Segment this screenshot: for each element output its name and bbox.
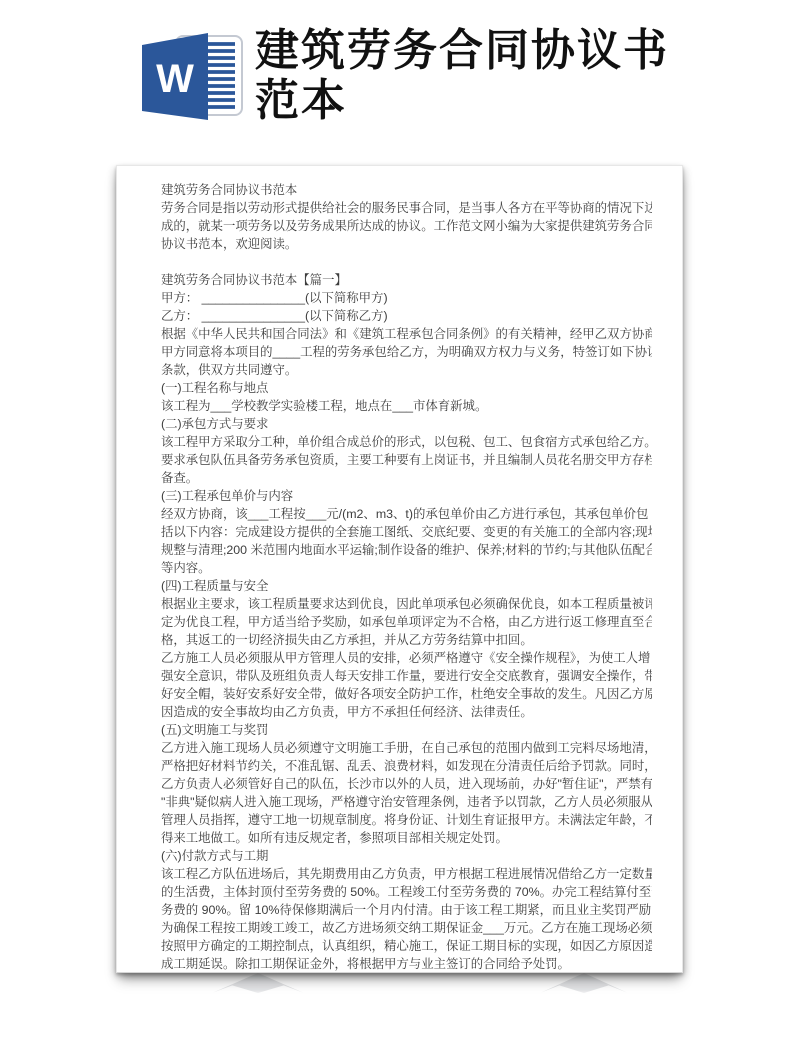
document-text: 建筑劳务合同协议书范本劳务合同是指以劳动形式提供给社会的服务民事合同，是当事人各… bbox=[161, 181, 652, 973]
text-line bbox=[161, 253, 652, 271]
text-line: 乙方负责人必须管好自己的队伍，长沙市以外的人员，进入现场前，办好"暂住证"，严禁… bbox=[161, 775, 652, 793]
text-line: 成的，就某一项劳务以及劳务成果所达成的协议。工作范文网小编为大家提供建筑劳务合同 bbox=[161, 217, 652, 235]
text-line: "非典"疑似病人进入施工现场，严格遵守治安管理条例，违者予以罚款，乙方人员必须服… bbox=[161, 793, 652, 811]
watermark-smudge-left bbox=[212, 973, 304, 993]
text-line: 经双方协商，该___工程按___元/(m2、m3、t)的承包单价由乙方进行承包，… bbox=[161, 505, 652, 523]
text-line: (六)付款方式与工期 bbox=[161, 847, 652, 865]
text-line: 得来工地做工。如所有违反规定者，参照项目部相关规定处罚。 bbox=[161, 829, 652, 847]
text-line: 的生活费，主体封顶付至劳务费的 50%。工程竣工付至劳务费的 70%。办完工程结… bbox=[161, 883, 652, 901]
text-line: 格，其返工的一切经济损失由乙方承担，并从乙方劳务结算中扣回。 bbox=[161, 631, 652, 649]
text-line: 严格把好材料节约关，不准乱锯、乱丢、浪费材料，如发现在分清责任后给予罚款。同时， bbox=[161, 757, 652, 775]
watermark-smudge-right bbox=[540, 973, 628, 993]
text-line: 协议书范本，欢迎阅读。 bbox=[161, 235, 652, 253]
text-line: 等内容。 bbox=[161, 559, 652, 577]
text-line: 按照甲方确定的工期控制点，认真组织，精心施工，保证工期目标的实现，如因乙方原因造 bbox=[161, 937, 652, 955]
text-line: 为确保工程按工期竣工竣工，故乙方进场须交纳工期保证金___万元。乙方在施工现场必… bbox=[161, 919, 652, 937]
screenshot-root: W 建筑劳务合同协议书 范本 建筑劳务合同协议书范本劳务合同是指以劳动形式提供给… bbox=[0, 0, 800, 1043]
text-line: 劳务合同是指以劳动形式提供给社会的服务民事合同，是当事人各方在平等协商的情况下达 bbox=[161, 199, 652, 217]
word-letter-w: W bbox=[156, 57, 194, 101]
text-line: 括以下内容：完成建设方提供的全套施工图纸、交底纪要、变更的有关施工的全部内容;现… bbox=[161, 523, 652, 541]
text-line: 好安全帽，装好安系好安全带，做好各项安全防护工作，杜绝安全事故的发生。凡因乙方原 bbox=[161, 685, 652, 703]
word-file-icon: W bbox=[140, 30, 246, 122]
text-line: 乙方施工人员必须服从甲方管理人员的安排，必须严格遵守《安全操作规程》，为使工人增 bbox=[161, 649, 652, 667]
text-line: 甲方： _______________(以下简称甲方) bbox=[161, 289, 652, 307]
text-line: 要求承包队伍具备劳务承包资质，主要工种要有上岗证书，并且编制人员花名册交甲方存档 bbox=[161, 451, 652, 469]
text-line: 条款，供双方共同遵守。 bbox=[161, 361, 652, 379]
text-line: 务费的 90%。留 10%待保修期满后一个月内付清。由于该工程工期紧，而且业主奖… bbox=[161, 901, 652, 919]
text-line: 规整与清理;200 米范围内地面水平运输;制作设备的维护、保养;材料的节约;与其… bbox=[161, 541, 652, 559]
page-title-line-2: 范本 bbox=[255, 76, 669, 126]
text-line: 该工程乙方队伍进场后，其先期费用由乙方负责，甲方根据工程进展情况借给乙方一定数量 bbox=[161, 865, 652, 883]
page-title-line-1: 建筑劳务合同协议书 bbox=[255, 26, 669, 76]
text-line: 甲方同意将本项目的____工程的劳务承包给乙方，为明确双方权力与义务，特签订如下… bbox=[161, 343, 652, 361]
text-line: 因造成的安全事故均由乙方负责，甲方不承担任何经济、法律责任。 bbox=[161, 703, 652, 721]
document-page: 建筑劳务合同协议书范本劳务合同是指以劳动形式提供给社会的服务民事合同，是当事人各… bbox=[116, 165, 683, 973]
text-line: 乙方进入施工现场人员必须遵守文明施工手册，在自己承包的范围内做到工完料尽场地清， bbox=[161, 739, 652, 757]
document-header: W 建筑劳务合同协议书 范本 bbox=[140, 30, 669, 126]
text-line: 根据《中华人民共和国合同法》和《建筑工程承包合同条例》的有关精神，经甲乙双方协商… bbox=[161, 325, 652, 343]
text-line: 建筑劳务合同协议书范本 bbox=[161, 181, 652, 199]
text-line: 备查。 bbox=[161, 469, 652, 487]
text-line: (三)工程承包单价与内容 bbox=[161, 487, 652, 505]
text-line: 该工程甲方采取分工种，单价组合成总价的形式，以包税、包工、包食宿方式承包给乙方。 bbox=[161, 433, 652, 451]
text-line: 该工程为___学校教学实验楼工程，地点在___市体育新城。 bbox=[161, 397, 652, 415]
text-line: 乙方： _______________(以下简称乙方) bbox=[161, 307, 652, 325]
text-line: 根据业主要求，该工程质量要求达到优良，因此单项承包必须确保优良，如本工程质量被评 bbox=[161, 595, 652, 613]
text-line: (二)承包方式与要求 bbox=[161, 415, 652, 433]
text-line: (一)工程名称与地点 bbox=[161, 379, 652, 397]
text-line: 管理人员指挥，遵守工地一切规章制度。将身份证、计划生育证报甲方。未满法定年龄，不 bbox=[161, 811, 652, 829]
text-line: 定为优良工程，甲方适当给予奖励，如承包单项评定为不合格，由乙方进行返工修理直至合 bbox=[161, 613, 652, 631]
text-line: 建筑劳务合同协议书范本【篇一】 bbox=[161, 271, 652, 289]
text-line: 成工期延误。除扣工期保证金外，将根据甲方与业主签订的合同给予处罚。 bbox=[161, 955, 652, 973]
text-line: (四)工程质量与安全 bbox=[161, 577, 652, 595]
text-line: (五)文明施工与奖罚 bbox=[161, 721, 652, 739]
text-line: 强安全意识，带队及班组负责人每天安排工作量，要进行安全交底教育，强调安全操作，带 bbox=[161, 667, 652, 685]
page-title: 建筑劳务合同协议书 范本 bbox=[255, 26, 669, 126]
